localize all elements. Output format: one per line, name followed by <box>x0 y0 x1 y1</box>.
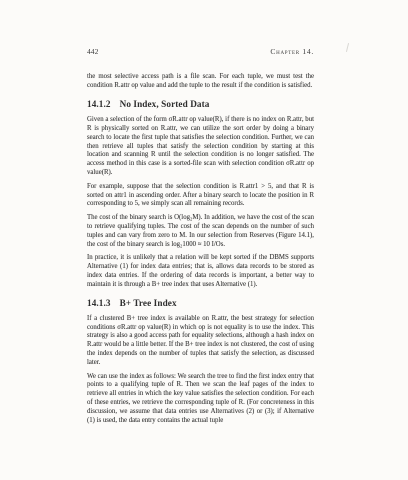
paragraph: Given a selection of the form σR.attr op… <box>87 116 314 178</box>
section-heading-bplus-tree-index: 14.1.3 B+ Tree Index <box>87 298 314 308</box>
section-title: No Index, Sorted Data <box>120 99 210 109</box>
page-content: 442 Chapter 14. the most selective acces… <box>87 47 314 431</box>
paragraph-intro-continuation: the most selective access path is a file… <box>87 73 314 91</box>
paragraph: For example, suppose that the selection … <box>87 183 314 210</box>
page-number: 442 <box>87 47 98 56</box>
paragraph: If a clustered B+ tree index is availabl… <box>87 315 314 368</box>
section-number: 14.1.2 <box>87 99 111 109</box>
section-heading-no-index-sorted-data: 14.1.2 No Index, Sorted Data <box>87 99 314 109</box>
paragraph: The cost of the binary search is O(log₂M… <box>87 214 314 250</box>
section-title: B+ Tree Index <box>120 298 177 308</box>
paragraph: In practice, it is unlikely that a relat… <box>87 254 314 290</box>
running-header: 442 Chapter 14. <box>87 47 314 56</box>
scan-artifact <box>346 43 349 52</box>
paragraph: We can use the index as follows: We sear… <box>87 373 314 426</box>
book-page: 442 Chapter 14. the most selective acces… <box>0 0 408 480</box>
chapter-running-title: Chapter 14. <box>270 47 314 56</box>
section-number: 14.1.3 <box>87 298 111 308</box>
